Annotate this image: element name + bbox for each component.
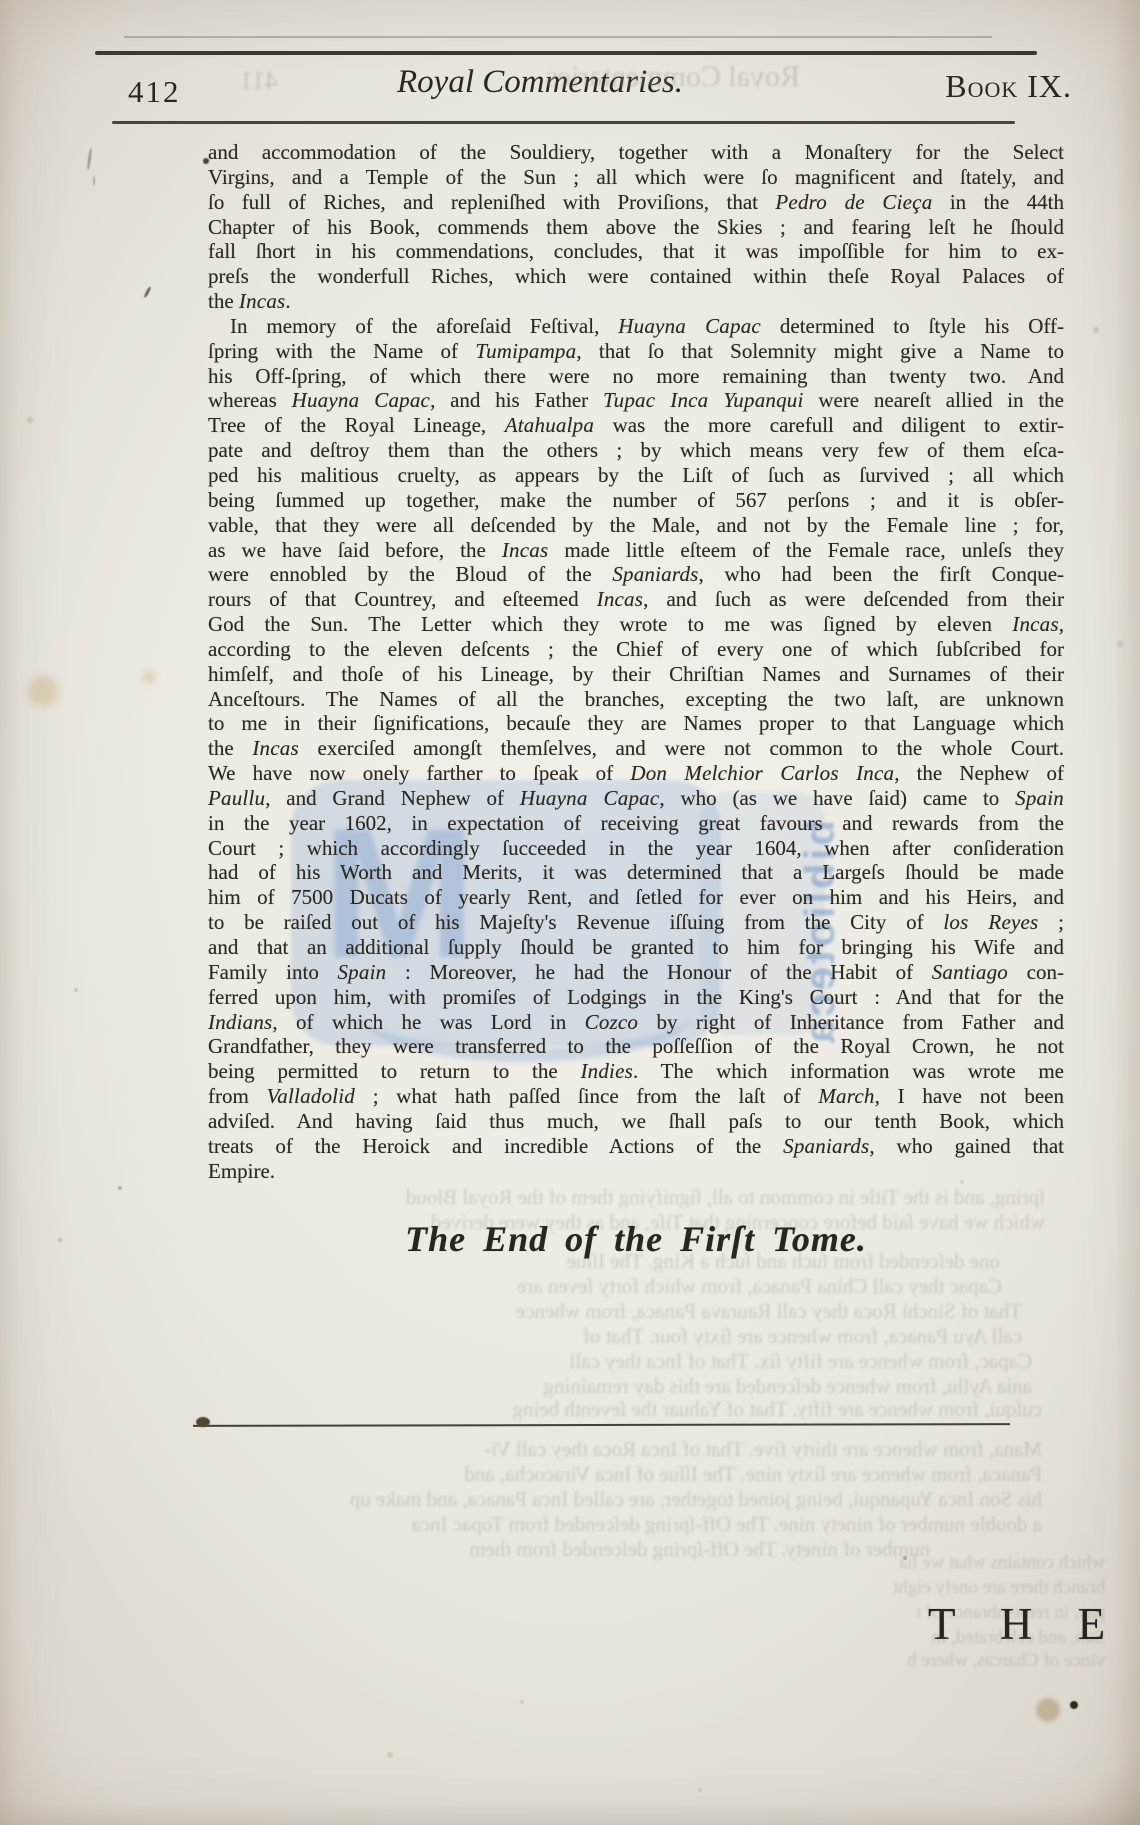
text-line: Anceſtours. The Names of all the branche… (208, 687, 1064, 712)
book-page-scan: Royal Commentaries411ſpring, and is the … (0, 0, 1140, 1825)
ink-blob (196, 1417, 210, 1427)
text-line: rours of that Countrey, and eſteemed Inc… (208, 587, 1064, 612)
text-line: and that an additional ſupply ſhould be … (208, 935, 1064, 960)
ghost-text-line: Mana, from whence are thirty five. That … (230, 1438, 1042, 1460)
ghost-text-line: a double number of ninety nine. The Off-… (230, 1513, 1042, 1535)
text-line: the Incas. (208, 289, 1064, 314)
text-line: fall ſhort in his commendations, conclud… (208, 239, 1064, 264)
text-line: ſpring with the Name of Tumipampa, that … (208, 339, 1064, 364)
text-line: God the Sun. The Letter which they wrote… (208, 612, 1064, 637)
finis-line: The End of the Firſt Tome. (208, 1218, 1064, 1260)
text-line: We have now onely farther to ſpeak of Do… (208, 761, 1064, 786)
text-line: Chapter of his Book, commends them above… (208, 215, 1064, 240)
text-line: from Valladolid ; what hath paſſed ſince… (208, 1084, 1064, 1109)
text-line: being ſummed up together, make the numbe… (208, 488, 1064, 513)
text-line: whereas Huayna Capac, and his Father Tup… (208, 388, 1064, 413)
ghost-text-line: Capac they call China Panaca, from which… (262, 1275, 1002, 1297)
text-line: according to the eleven deſcents ; the C… (208, 637, 1064, 662)
text-line: pate and deſtroy them than the others ; … (208, 438, 1064, 463)
text-line: as we have ſaid before, the Incas made l… (208, 538, 1064, 563)
text-line: ferred upon him, with promiſes of Lodgin… (208, 985, 1064, 1010)
ghost-text-line: ſpring, and is the Title in common to al… (215, 1186, 1045, 1208)
text-line: In memory of the aforeſaid Feſtival, Hua… (208, 314, 1064, 339)
text-line: the Incas exerciſed amongſt themſelves, … (208, 736, 1064, 761)
text-line: Family into Spain : Moreover, he had the… (208, 960, 1064, 985)
text-line: to me in their ſignifications, becauſe t… (208, 711, 1064, 736)
ghost-text-line: branch there are onely eight (775, 1577, 1105, 1599)
text-line: vable, that they were all deſcended by t… (208, 513, 1064, 538)
text-line: ſo full of Riches, and repleniſhed with … (208, 190, 1064, 215)
ghost-text-line: ania Ayllu, from whence deſcended are th… (232, 1375, 1032, 1397)
text-line: Grandfather, they were transferred to th… (208, 1034, 1064, 1059)
text-line: Court ; which accordingly ſucceeded in t… (208, 836, 1064, 861)
text-line: his Off-ſpring, of which there were no m… (208, 364, 1064, 389)
text-line: Virgins, and a Temple of the Sun ; all w… (208, 165, 1064, 190)
catchword: T H E (928, 1598, 1122, 1650)
text-line: adviſed. And having ſaid thus much, we ſ… (208, 1109, 1064, 1134)
ghost-text-line: which contains what we ha (775, 1552, 1105, 1574)
body-text: and accommodation of the Souldiery, toge… (208, 140, 1064, 1183)
ghost-text-line: call Ayu Panaca, from whence are ſixty f… (232, 1325, 1022, 1347)
text-line: in the year 1602, in expectation of rece… (208, 811, 1064, 836)
text-line: ped his malitious cruelty, as appears by… (208, 463, 1064, 488)
ghost-text-line: cuſqui, from whence are fifty. That of Y… (232, 1398, 1042, 1420)
ghost-text-line: Panaca, from whence are ſixty nine. The … (230, 1463, 1042, 1485)
text-line: Empire. (208, 1159, 1064, 1184)
text-line: had of his Worth and Merits, it was dete… (208, 860, 1064, 885)
ghost-text-line: his Son Inca Yupanqui, being joined toge… (230, 1488, 1042, 1510)
text-line: Paullu, and Grand Nephew of Huayna Capac… (208, 786, 1064, 811)
ghost-text-line: Royal Commentaries (330, 66, 800, 88)
text-line: being permitted to return to the Indies.… (208, 1059, 1064, 1084)
text-line: were ennobled by the Bloud of the Spania… (208, 562, 1064, 587)
text-line: Indians, of which he was Lord in Cozco b… (208, 1010, 1064, 1035)
ghost-text-line: 411 (168, 70, 278, 92)
ghost-text-line: That of Sinchi Roca they call Raurava Pa… (262, 1300, 1022, 1322)
text-line: treats of the Heroick and incredible Act… (208, 1134, 1064, 1159)
ghost-text-line: vince of Charcas, where h (775, 1650, 1105, 1672)
text-line: preſs the wonderfull Riches, which were … (208, 264, 1064, 289)
ghost-text-line: Capac, from whence are fifty ſix. That o… (232, 1350, 1032, 1372)
text-line: and accommodation of the Souldiery, toge… (208, 140, 1064, 165)
text-line: to be raiſed out of his Majeſty's Revenu… (208, 910, 1064, 935)
text-line: himſelf, and thoſe of his Lineage, by th… (208, 662, 1064, 687)
text-line: him of 7500 Ducats of yearly Rent, and ſ… (208, 885, 1064, 910)
text-line: Tree of the Royal Lineage, Atahualpa was… (208, 413, 1064, 438)
